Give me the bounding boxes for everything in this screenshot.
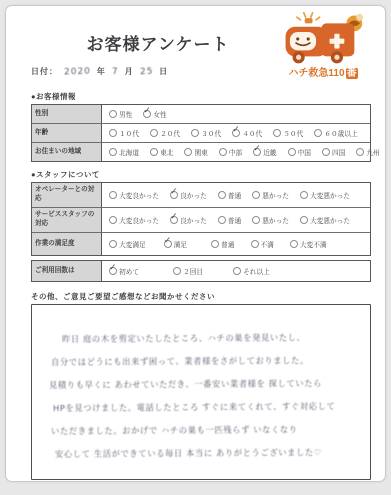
checkbox-checked-icon [164, 240, 172, 248]
row-label-service-staff: サービススタッフの対応 [32, 208, 102, 232]
checkbox-icon [218, 216, 226, 224]
header: お客様アンケート [31, 6, 371, 84]
page-title: お客様アンケート [31, 30, 285, 55]
date-year-suffix: 年 [97, 66, 106, 77]
date-field: 日付： 2020 年 7 月 25 日 [31, 66, 168, 77]
option-kanto[interactable]: 関東 [184, 147, 207, 157]
option-st-good[interactable]: 良かった [170, 215, 207, 225]
date-month-suffix: 月 [125, 66, 134, 77]
checkbox-icon [322, 148, 330, 156]
checkbox-icon [218, 191, 226, 199]
option-hokkaido[interactable]: 北海道 [109, 147, 139, 157]
option-first-time[interactable]: 初めて [109, 266, 139, 276]
section-title-customer: ●お客様情報 [31, 91, 371, 102]
checkbox-icon [109, 191, 117, 199]
free-comment-box[interactable]: 昨日 庭の木を剪定いたしたところ、ハチの巣を発見いたし、 自分ではどうにも出来ず… [31, 304, 371, 480]
checkbox-icon [252, 191, 260, 199]
section-title-comments: その他、ご意見ご要望ご感想などお聞かせください [31, 291, 371, 302]
ambulance-mascot-icon [280, 12, 366, 66]
option-st-bad[interactable]: 悪かった [252, 215, 289, 225]
option-st-verygood[interactable]: 大変良かった [109, 215, 159, 225]
handwritten-note-line: 安心して 生活ができている毎日 本当に ありがとうございました♡ [55, 441, 360, 466]
option-sat-veryunsatisfied[interactable]: 大変不満 [290, 239, 327, 249]
option-age-20s[interactable]: ２０代 [150, 128, 180, 138]
customer-info-table: 性別 男性 女性 年齢 １０代 ２０代 ３０代 ４０代 ５０代 ６０歳以上 お住 [31, 104, 371, 162]
checkbox-icon [290, 240, 298, 248]
date-month-value: 7 [112, 67, 119, 77]
checkbox-icon [173, 267, 181, 275]
date-day-suffix: 日 [159, 66, 168, 77]
checkbox-icon [300, 191, 308, 199]
handwritten-note-line: 自分ではどうにも出来ず困って、業者様をさがしておりました。 [51, 349, 360, 374]
option-shikoku[interactable]: 四国 [322, 147, 345, 157]
table-row-gender: 性別 男性 女性 [32, 105, 370, 124]
table-row-age: 年齢 １０代 ２０代 ３０代 ４０代 ５０代 ６０歳以上 [32, 124, 370, 143]
checkbox-icon [109, 129, 117, 137]
checkbox-icon [184, 148, 192, 156]
option-st-normal[interactable]: 普通 [218, 215, 241, 225]
option-kyushu[interactable]: 九州 [356, 147, 379, 157]
company-logo: ハチ救急110番 [277, 12, 369, 79]
table-row-satisfaction: 作業の満足度 大変満足 満足 普通 不満 大変不満 [32, 233, 370, 255]
survey-sheet: お客様アンケート [5, 5, 386, 482]
option-sat-normal[interactable]: 普通 [211, 239, 234, 249]
row-label-gender: 性別 [32, 105, 102, 123]
handwritten-note-line: 昨日 庭の木を剪定いたしたところ、ハチの巣を発見いたし、 [62, 326, 360, 351]
checkbox-icon [356, 148, 364, 156]
option-sat-satisfied[interactable]: 満足 [164, 239, 187, 249]
option-more-times[interactable]: それ以上 [233, 266, 270, 276]
checkbox-icon [150, 129, 158, 137]
checkbox-icon [251, 240, 259, 248]
checkbox-icon [211, 240, 219, 248]
row-label-age: 年齢 [32, 124, 102, 142]
option-sat-verysatisfied[interactable]: 大変満足 [109, 239, 146, 249]
option-age-30s[interactable]: ３０代 [191, 128, 221, 138]
checkbox-icon [191, 129, 199, 137]
checkbox-icon [233, 267, 241, 275]
option-second-time[interactable]: ２回目 [173, 266, 203, 276]
option-st-verybad[interactable]: 大変悪かった [300, 215, 350, 225]
table-row-usage-count: ご利用回数は 初めて ２回目 それ以上 [32, 261, 370, 281]
option-kinki[interactable]: 近畿 [253, 147, 276, 157]
section-title-staff: ●スタッフについて [31, 169, 371, 180]
row-label-region: お住まいの地域 [32, 143, 102, 161]
checkbox-checked-icon [232, 129, 240, 137]
checkbox-icon [219, 148, 227, 156]
option-tohoku[interactable]: 東北 [150, 147, 173, 157]
option-age-10s[interactable]: １０代 [109, 128, 139, 138]
option-age-50s[interactable]: ５０代 [273, 128, 303, 138]
checkbox-icon [109, 110, 117, 118]
option-age-40s[interactable]: ４０代 [232, 128, 262, 138]
handwritten-note-line: いただきました。おかげで ハチの巣も一匹残らず いなくなり [51, 418, 360, 443]
checkbox-icon [109, 148, 117, 156]
logo-text: ハチ救急110番 [277, 64, 369, 79]
checkbox-icon [109, 240, 117, 248]
checkbox-icon [314, 129, 322, 137]
date-day-value: 25 [139, 67, 153, 77]
logo-badge: 番 [346, 68, 358, 79]
option-chugoku[interactable]: 中国 [288, 147, 311, 157]
option-chubu[interactable]: 中部 [219, 147, 242, 157]
checkbox-icon [273, 129, 281, 137]
option-op-good[interactable]: 良かった [170, 190, 207, 200]
table-row-service-staff: サービススタッフの対応 大変良かった 良かった 普通 悪かった 大変悪かった [32, 208, 370, 233]
option-op-normal[interactable]: 普通 [218, 190, 241, 200]
handwritten-note-line: 見積りも早くに あわせていただき、一番安い業者様を 探していたら [49, 372, 360, 397]
checkbox-checked-icon [109, 267, 117, 275]
checkbox-checked-icon [170, 216, 178, 224]
staff-table: オペレーターとの対応 大変良かった 良かった 普通 悪かった 大変悪かった サー… [31, 182, 371, 256]
option-age-60plus[interactable]: ６０歳以上 [314, 128, 357, 138]
checkbox-icon [300, 216, 308, 224]
date-label: 日付： [31, 66, 58, 77]
row-label-operator: オペレーターとの対応 [32, 183, 102, 207]
checkbox-checked-icon [253, 148, 261, 156]
checkbox-checked-icon [170, 191, 178, 199]
option-op-verygood[interactable]: 大変良かった [109, 190, 159, 200]
usage-count-table: ご利用回数は 初めて ２回目 それ以上 [31, 260, 371, 282]
row-label-satisfaction: 作業の満足度 [32, 233, 102, 255]
option-female[interactable]: 女性 [143, 109, 166, 119]
checkbox-icon [288, 148, 296, 156]
option-op-verybad[interactable]: 大変悪かった [300, 190, 350, 200]
checkbox-icon [252, 216, 260, 224]
checkbox-icon [150, 148, 158, 156]
row-label-usage-count: ご利用回数は [32, 261, 102, 281]
option-sat-unsatisfied[interactable]: 不満 [251, 239, 274, 249]
option-male[interactable]: 男性 [109, 109, 132, 119]
option-op-bad[interactable]: 悪かった [252, 190, 289, 200]
handwritten-note-line: HPを見つけました。電話したところ すぐに来てくれて、すぐ対応して [53, 395, 360, 420]
table-row-operator: オペレーターとの対応 大変良かった 良かった 普通 悪かった 大変悪かった [32, 183, 370, 208]
table-row-region: お住まいの地域 北海道 東北 関東 中部 近畿 中国 四国 九州 [32, 143, 370, 161]
date-year-value: 2020 [64, 67, 91, 78]
checkbox-icon [109, 216, 117, 224]
checkbox-checked-icon [143, 110, 151, 118]
